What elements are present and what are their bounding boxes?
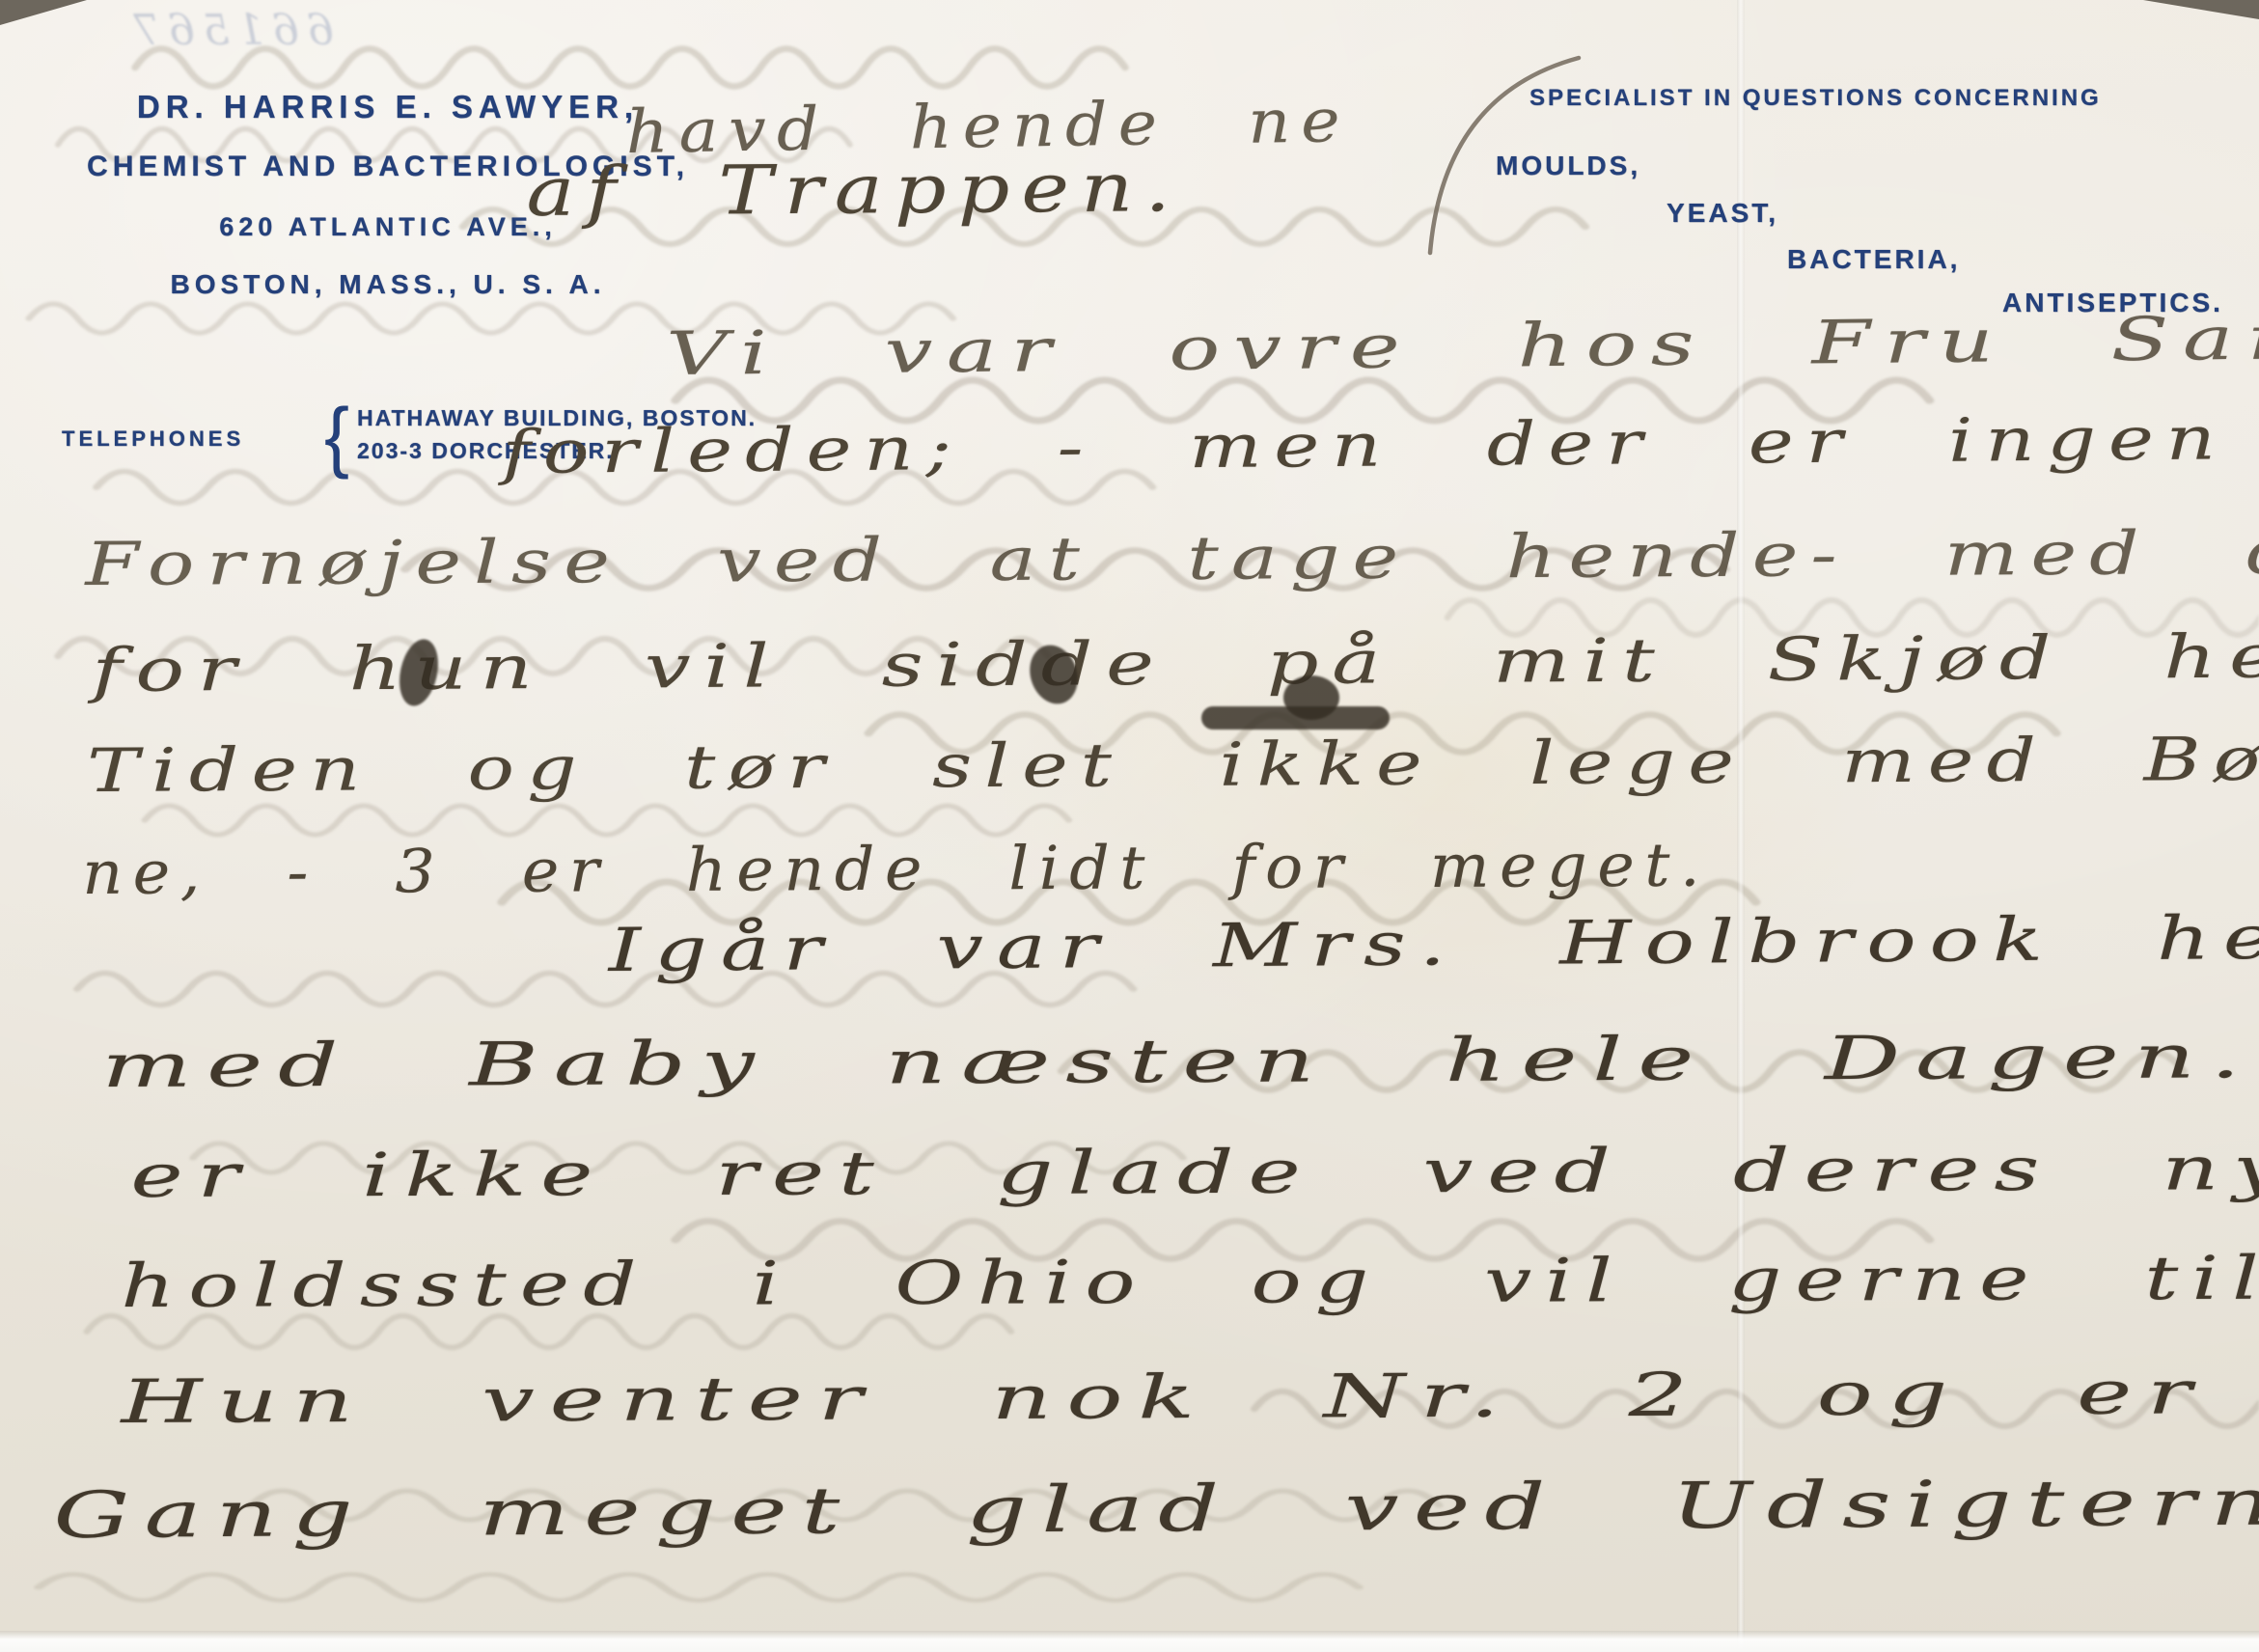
handwriting-line: er ikke ret glade ved deres nye Op — [130, 1132, 2259, 1211]
handwriting-line: forleden; - men der er ingen — [502, 402, 2228, 487]
specialist-item-yeast: YEAST, — [1667, 198, 1778, 229]
telephones-label: TELEPHONES — [62, 427, 244, 452]
specialist-item-bacteria: BACTERIA, — [1787, 244, 1960, 275]
handwriting-line: holdssted i Ohio og vil gerne tilbage. — [121, 1241, 2259, 1321]
ink-blot — [1283, 675, 1339, 720]
doctor-name: DR. HARRIS E. SAWYER, — [60, 89, 716, 125]
handwriting-line: ne, - 3 er hende lidt for meget. — [82, 830, 1710, 908]
handwriting-line: med Baby næsten hele Dagen. De — [101, 1020, 2259, 1101]
handwriting-line: Tiden og tør slet ikke lege med Børne — [87, 723, 2259, 806]
handwriting-line: Fornøjelse ved at tage hende- med de — [85, 516, 2259, 599]
handwritten-paren-stroke — [1417, 50, 1590, 272]
doctor-address-city: BOSTON, MASS., U. S. A. — [60, 269, 716, 300]
paper-bottom-edge — [0, 1631, 2259, 1652]
handwriting-line: Hun venter nok Nr. 2 og er denne — [121, 1355, 2259, 1437]
telephones-brace: { — [324, 390, 349, 482]
handwriting-line: af Trappen. — [526, 148, 1182, 232]
handwriting-line: Gang meget glad ved Udsigterne. Baby — [53, 1462, 2259, 1553]
handwriting-line: Igår var Mrs. Holbrook her — [608, 901, 2259, 985]
specialist-heading: SPECIALIST IN QUESTIONS CONCERNING — [1529, 85, 2102, 112]
ghost-number: 661567 — [125, 6, 334, 55]
letter-page: 661567 DR. HARRIS E. SAWYER, CHEMIST AND… — [0, 0, 2259, 1652]
